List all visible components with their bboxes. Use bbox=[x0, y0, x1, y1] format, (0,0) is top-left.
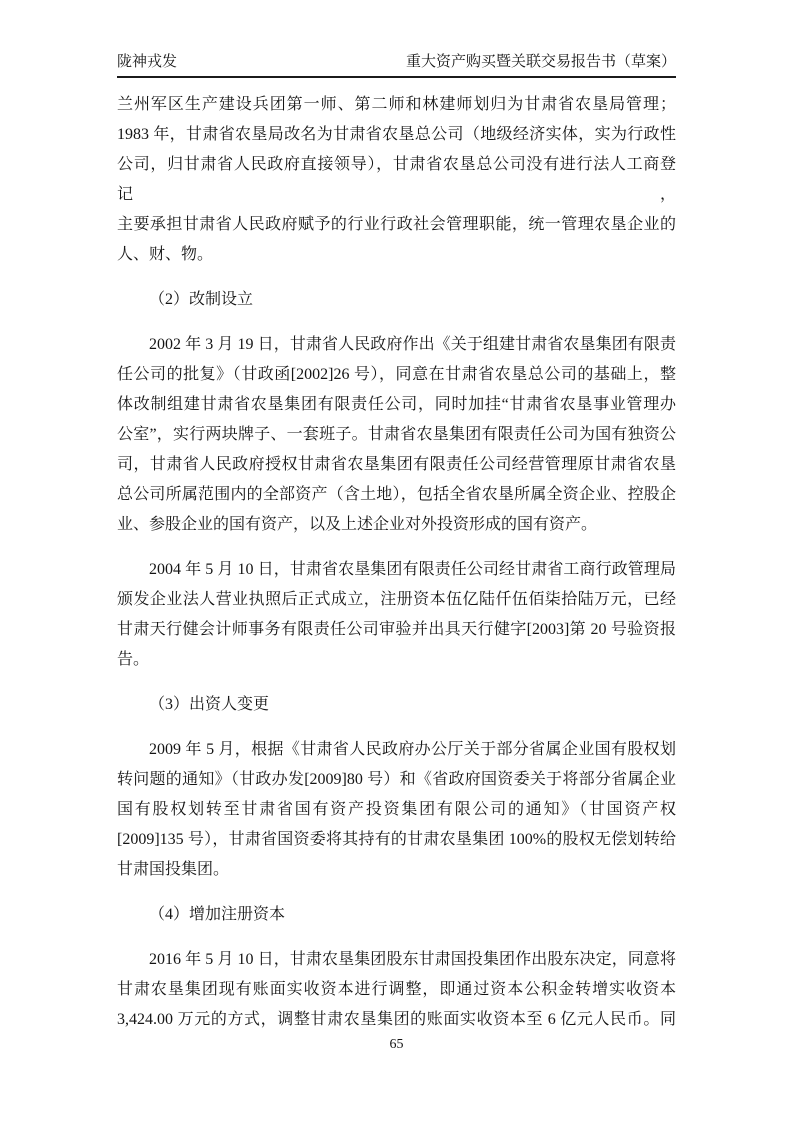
paragraph-line: 甘肃国投集团。 bbox=[117, 855, 676, 885]
page-number: 65 bbox=[390, 1037, 404, 1052]
paragraph-line: 公司，归甘肃省人民政府直接领导），甘肃省农垦总公司没有进行法人工商登记， bbox=[117, 150, 676, 210]
paragraph-line: 转问题的通知》（甘政办发[2009]80 号）和《省政府国资委关于将部分省属企业 bbox=[117, 765, 676, 795]
page-header: 陇神戎发 重大资产购买暨关联交易报告书（草案） bbox=[117, 53, 676, 78]
section-heading: （4）增加注册资本 bbox=[117, 900, 676, 930]
paragraph-line: 人、财、物。 bbox=[117, 240, 676, 270]
paragraph: 兰州军区生产建设兵团第一师、第二师和林建师划归为甘肃省农垦局管理；1983 年，… bbox=[117, 90, 676, 270]
paragraph-line: 2009 年 5 月，根据《甘肃省人民政府办公厅关于部分省属企业国有股权划 bbox=[117, 735, 676, 765]
paragraph-line: 告。 bbox=[117, 645, 676, 675]
paragraph-line: 1983 年，甘肃省农垦局改名为甘肃省农垦总公司（地级经济实体，实为行政性 bbox=[117, 120, 676, 150]
paragraph-line: 任公司的批复》（甘政函[2002]26 号），同意在甘肃省农垦总公司的基础上，整 bbox=[117, 360, 676, 390]
page-footer: 65 bbox=[0, 1035, 793, 1055]
paragraph: 2016 年 5 月 10 日，甘肃农垦集团股东甘肃国投集团作出股东决定，同意将… bbox=[117, 945, 676, 1035]
paragraph-line: 甘肃天行健会计师事务有限责任公司审验并出具天行健字[2003]第 20 号验资报 bbox=[117, 615, 676, 645]
paragraph-line: 颁发企业法人营业执照后正式成立，注册资本伍亿陆仟伍佰柒拾陆万元，已经 bbox=[117, 585, 676, 615]
section-heading: （2）改制设立 bbox=[117, 285, 676, 315]
paragraph-line: 2002 年 3 月 19 日，甘肃省人民政府作出《关于组建甘肃省农垦集团有限责 bbox=[117, 330, 676, 360]
paragraph-line: 业、参股企业的国有资产，以及上述企业对外投资形成的国有资产。 bbox=[117, 510, 676, 540]
paragraph: 2002 年 3 月 19 日，甘肃省人民政府作出《关于组建甘肃省农垦集团有限责… bbox=[117, 330, 676, 540]
document-page: 陇神戎发 重大资产购买暨关联交易报告书（草案） 兰州军区生产建设兵团第一师、第二… bbox=[0, 0, 793, 1122]
paragraph-line: 总公司所属范围内的全部资产（含土地），包括全省农垦所属全资企业、控股企 bbox=[117, 480, 676, 510]
paragraph-line: 甘肃农垦集团现有账面实收资本进行调整，即通过资本公积金转增实收资本 bbox=[117, 975, 676, 1005]
paragraph-line: 体改制组建甘肃省农垦集团有限责任公司，同时加挂“甘肃省农垦事业管理办 bbox=[117, 390, 676, 420]
document-content: 兰州军区生产建设兵团第一师、第二师和林建师划归为甘肃省农垦局管理；1983 年，… bbox=[117, 90, 676, 1035]
paragraph: 2009 年 5 月，根据《甘肃省人民政府办公厅关于部分省属企业国有股权划转问题… bbox=[117, 735, 676, 885]
paragraph-line: 主要承担甘肃省人民政府赋予的行业行政社会管理职能，统一管理农垦企业的 bbox=[117, 210, 676, 240]
header-right-title: 重大资产购买暨关联交易报告书（草案） bbox=[406, 53, 676, 72]
paragraph: 2004 年 5 月 10 日，甘肃省农垦集团有限责任公司经甘肃省工商行政管理局… bbox=[117, 555, 676, 675]
paragraph-line: 2004 年 5 月 10 日，甘肃省农垦集团有限责任公司经甘肃省工商行政管理局 bbox=[117, 555, 676, 585]
paragraph-line: 公室”，实行两块牌子、一套班子。甘肃省农垦集团有限责任公司为国有独资公 bbox=[117, 420, 676, 450]
paragraph-line: 3,424.00 万元的方式，调整甘肃农垦集团的账面实收资本至 6 亿元人民币。… bbox=[117, 1005, 676, 1035]
paragraph-line: 兰州军区生产建设兵团第一师、第二师和林建师划归为甘肃省农垦局管理； bbox=[117, 90, 676, 120]
section-heading: （3）出资人变更 bbox=[117, 690, 676, 720]
paragraph-line: [2009]135 号），甘肃省国资委将其持有的甘肃农垦集团 100%的股权无偿… bbox=[117, 825, 676, 855]
header-left-title: 陇神戎发 bbox=[117, 53, 177, 72]
paragraph-line: 2016 年 5 月 10 日，甘肃农垦集团股东甘肃国投集团作出股东决定，同意将 bbox=[117, 945, 676, 975]
paragraph-line: 司，甘肃省人民政府授权甘肃省农垦集团有限责任公司经营管理原甘肃省农垦 bbox=[117, 450, 676, 480]
paragraph-line: 国有股权划转至甘肃省国有资产投资集团有限公司的通知》（甘国资产权 bbox=[117, 795, 676, 825]
